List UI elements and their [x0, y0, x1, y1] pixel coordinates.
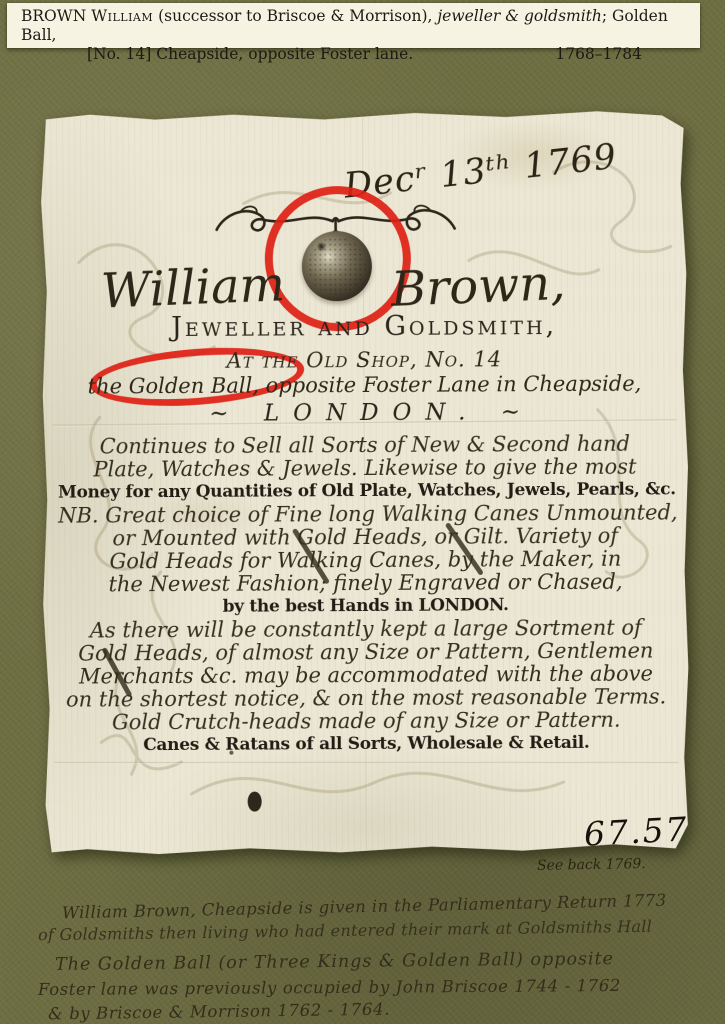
card-name-brown: Brown, — [390, 255, 566, 318]
catalogue-label: BROWN William (successor to Briscoe & Mo… — [7, 3, 700, 48]
address-circled-text: the Golden Ball, — [88, 374, 259, 399]
body-line: Gold Crutch-heads made of any Size or Pa… — [59, 708, 673, 734]
catalogue-label-line2: [No. 14] Cheapside, opposite Foster lane… — [21, 45, 694, 64]
card-name-william: William — [100, 256, 286, 319]
trade-card: Decʳ 13ᵗʰ 1769 William Bro — [38, 109, 692, 857]
body-line: Canes & Ratans of all Sorts, Wholesale &… — [59, 731, 673, 757]
shop-line: At the Old Shop, No. 14 — [59, 346, 669, 373]
address-line: the Golden Ball, opposite Foster Lane in… — [59, 371, 669, 398]
ink-blot — [248, 792, 262, 812]
city-line: ~ LONDON. ~ — [60, 398, 670, 427]
profession-line: Jeweller and Goldsmith, — [59, 309, 669, 343]
catalog-number: 67.57 — [583, 809, 689, 853]
city-flourish-left: ~ — [209, 401, 242, 427]
successor-text: (successor to Briscoe & Morrison), — [153, 7, 437, 25]
curatorial-note-2-line-3: & by Briscoe & Morrison 1762 - 1764. — [48, 1000, 390, 1024]
curatorial-note-2-line-2: Foster lane was previously occupied by J… — [38, 976, 621, 999]
catalogue-label-line1: BROWN William (successor to Briscoe & Mo… — [21, 7, 694, 45]
body-line: the Newest Fashion; finely Engraved or C… — [58, 570, 672, 596]
see-back-note: See back 1769. — [537, 856, 646, 874]
city-name: LONDON. — [264, 399, 480, 426]
curatorial-note-2-line-1: The Golden Ball (or Three Kings & Golden… — [55, 949, 614, 975]
trade-description: jeweller & goldsmith — [437, 7, 602, 25]
album-page: BROWN William (successor to Briscoe & Mo… — [0, 0, 725, 1024]
sitter-forename: William — [91, 7, 153, 25]
trade-card-paper: Decʳ 13ᵗʰ 1769 William Bro — [38, 109, 692, 857]
address-text: [No. 14] Cheapside, opposite Foster lane… — [87, 45, 413, 63]
advertisement-body: Continues to Sell all Sorts of New & Sec… — [58, 432, 674, 757]
sitter-surname: BROWN — [21, 7, 86, 25]
city-flourish-right: ~ — [501, 399, 534, 425]
body-line: Plate, Watches & Jewels. Likewise to giv… — [58, 455, 672, 481]
address-rest-text: opposite Foster Lane in Cheapside, — [259, 372, 641, 398]
date-range: 1768–1784 — [555, 45, 642, 64]
